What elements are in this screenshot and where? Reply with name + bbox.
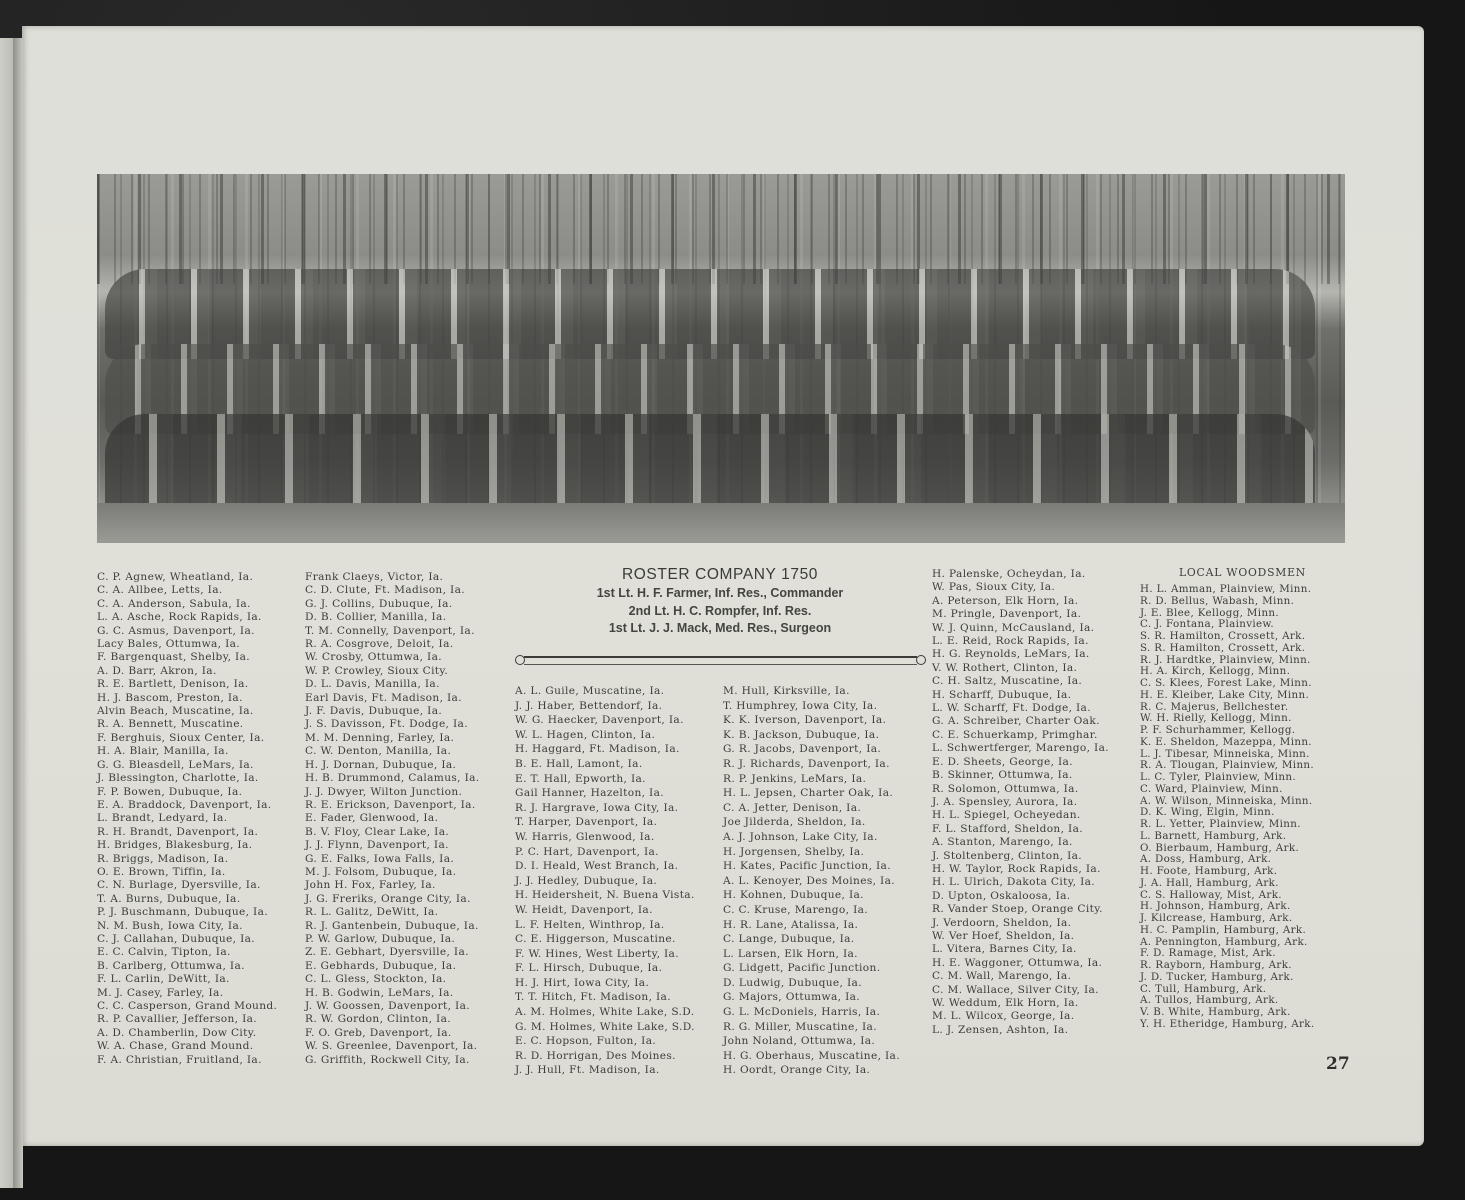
roster-entry: J. G. Freriks, Orange City, Ia.	[305, 893, 480, 906]
roster-entry: Z. E. Gebhart, Dyersville, Ia.	[305, 946, 480, 959]
roster-entry: T. A. Burns, Dubuque, Ia.	[97, 893, 277, 906]
roster-entry: K. K. Iverson, Davenport, Ia.	[723, 713, 900, 728]
roster-entry: H. E. Kleiber, Lake City, Minn.	[1140, 690, 1315, 702]
roster-entry: H. Palenske, Ocheydan, Ia.	[932, 568, 1109, 581]
roster-entry: T. Harper, Davenport, Ia.	[515, 815, 695, 830]
roster-entry: R. P. Cavallier, Jefferson, Ia.	[97, 1013, 277, 1026]
roster-entry: C. S. Klees, Forest Lake, Minn.	[1140, 678, 1315, 690]
pine-trees	[97, 174, 1345, 284]
roster-entry: W. Crosby, Ottumwa, Ia.	[305, 651, 480, 664]
roster-entry: D. B. Collier, Manilla, Ia.	[305, 611, 480, 624]
roster-entry: C. C. Kruse, Marengo, Ia.	[723, 903, 900, 918]
roster-entry: C. Lange, Dubuque, Ia.	[723, 932, 900, 947]
roster-entry: M. L. Wilcox, George, Ia.	[932, 1010, 1109, 1023]
roster-title: ROSTER COMPANY 1750	[515, 565, 925, 585]
roster-entry: E. Gebhards, Dubuque, Ia.	[305, 960, 480, 973]
roster-entry: T. Humphrey, Iowa City, Ia.	[723, 699, 900, 714]
roster-entry: C. E. Higgerson, Muscatine.	[515, 932, 695, 947]
roster-entry: G. R. Jacobs, Davenport, Ia.	[723, 742, 900, 757]
roster-entry: J. S. Davisson, Ft. Dodge, Ia.	[305, 718, 480, 731]
roster-entry: Earl Davis, Ft. Madison, Ia.	[305, 692, 480, 705]
roster-entry: G. L. McDoniels, Harris, Ia.	[723, 1005, 900, 1020]
roster-entry: Alvin Beach, Muscatine, Ia.	[97, 705, 277, 718]
roster-entry: F. Berghuis, Sioux Center, Ia.	[97, 732, 277, 745]
roster-entry: H. Bridges, Blakesburg, Ia.	[97, 839, 277, 852]
roster-entry: H. W. Taylor, Rock Rapids, Ia.	[932, 863, 1109, 876]
roster-entry: H. G. Oberhaus, Muscatine, Ia.	[723, 1049, 900, 1064]
roster-entry: W. Ver Hoef, Sheldon, Ia.	[932, 930, 1109, 943]
roster-entry: R. Vander Stoep, Orange City.	[932, 903, 1109, 916]
roster-entry: R. W. Gordon, Clinton, Ia.	[305, 1013, 480, 1026]
roster-entry: R. E. Bartlett, Denison, Ia.	[97, 678, 277, 691]
roster-entry: D. I. Heald, West Branch, Ia.	[515, 859, 695, 874]
roster-entry: John H. Fox, Farley, Ia.	[305, 879, 480, 892]
roster-entry: R. E. Erickson, Davenport, Ia.	[305, 799, 480, 812]
roster-entry: C. C. Casperson, Grand Mound.	[97, 1000, 277, 1013]
roster-entry: R. A. Bennett, Muscatine.	[97, 718, 277, 731]
roster-entry: G. J. Collins, Dubuque, Ia.	[305, 598, 480, 611]
roster-entry: R. D. Horrigan, Des Moines.	[515, 1049, 695, 1064]
roster-entry: K. E. Sheldon, Mazeppa, Minn.	[1140, 737, 1315, 749]
roster-entry: C. J. Callahan, Dubuque, Ia.	[97, 933, 277, 946]
roster-entry: B. Carlberg, Ottumwa, Ia.	[97, 960, 277, 973]
roster-entry: J. J. Hedley, Dubuque, Ia.	[515, 874, 695, 889]
roster-entry: E. D. Sheets, George, Ia.	[932, 756, 1109, 769]
roster-entry: J. Stoltenberg, Clinton, Ia.	[932, 850, 1109, 863]
local-woodsmen-list: H. L. Amman, Plainview, Minn.R. D. Bellu…	[1140, 584, 1315, 1031]
roster-entry: C. H. Saltz, Muscatine, Ia.	[932, 675, 1109, 688]
seated-row	[105, 414, 1315, 514]
roster-entry: J. Blessington, Charlotte, Ia.	[97, 772, 277, 785]
officer-commander: 1st Lt. H. F. Farmer, Inf. Res., Command…	[515, 585, 925, 603]
roster-entry: E. C. Calvin, Tipton, Ia.	[97, 946, 277, 959]
roster-entry: F. Bargenquast, Shelby, Ia.	[97, 651, 277, 664]
roster-entry: R. Rayborn, Hamburg, Ark.	[1140, 960, 1315, 972]
roster-entry: H. L. Jepsen, Charter Oak, Ia.	[723, 786, 900, 801]
roster-entry: H. Haggard, Ft. Madison, Ia.	[515, 742, 695, 757]
roster-entry: D. L. Davis, Manilla, Ia.	[305, 678, 480, 691]
roster-entry: H. B. Drummond, Calamus, Ia.	[305, 772, 480, 785]
roster-entry: B. E. Hall, Lamont, Ia.	[515, 757, 695, 772]
roster-entry: A. Stanton, Marengo, Ia.	[932, 836, 1109, 849]
roster-entry: M. J. Casey, Farley, Ia.	[97, 987, 277, 1000]
roster-entry: C. N. Burlage, Dyersville, Ia.	[97, 879, 277, 892]
roster-entry: F. O. Greb, Davenport, Ia.	[305, 1027, 480, 1040]
roster-entry: H. L. Amman, Plainview, Minn.	[1140, 584, 1315, 596]
roster-entry: L. C. Tyler, Plainview, Minn.	[1140, 772, 1315, 784]
roster-column-3: A. L. Guile, Muscatine, Ia.J. J. Haber, …	[515, 684, 695, 1078]
roster-entry: F. W. Hines, West Liberty, Ia.	[515, 947, 695, 962]
roster-entry: J. W. Goossen, Davenport, Ia.	[305, 1000, 480, 1013]
roster-entry: A. D. Chamberlin, Dow City.	[97, 1027, 277, 1040]
roster-entry: E. Fader, Glenwood, Ia.	[305, 812, 480, 825]
roster-column-1: C. P. Agnew, Wheatland, Ia.C. A. Allbee,…	[97, 571, 277, 1067]
roster-entry: E. T. Hall, Epworth, Ia.	[515, 772, 695, 787]
roster-entry: C. E. Schuerkamp, Primghar.	[932, 729, 1109, 742]
roster-entry: L. Brandt, Ledyard, Ia.	[97, 812, 277, 825]
roster-entry: J. J. Hull, Ft. Madison, Ia.	[515, 1063, 695, 1078]
roster-entry: C. Ward, Plainview, Minn.	[1140, 784, 1315, 796]
roster-entry: Joe Jilderda, Sheldon, Ia.	[723, 815, 900, 830]
roster-entry: A. Peterson, Elk Horn, Ia.	[932, 595, 1109, 608]
roster-entry: J. Verdoorn, Sheldon, Ia.	[932, 917, 1109, 930]
roster-entry: A. D. Barr, Akron, Ia.	[97, 665, 277, 678]
roster-entry: B. Skinner, Ottumwa, Ia.	[932, 769, 1109, 782]
roster-entry: H. A. Blair, Manilla, Ia.	[97, 745, 277, 758]
roster-entry: F. L. Hirsch, Dubuque, Ia.	[515, 961, 695, 976]
roster-entry: C. L. Gless, Stockton, Ia.	[305, 973, 480, 986]
roster-entry: V. B. White, Hamburg, Ark.	[1140, 1007, 1315, 1019]
roster-entry: S. R. Hamilton, Crossett, Ark.	[1140, 631, 1315, 643]
roster-entry: J. Kilcrease, Hamburg, Ark.	[1140, 913, 1315, 925]
roster-column-2: Frank Claeys, Victor, Ia.C. D. Clute, Ft…	[305, 571, 480, 1067]
roster-entry: L. Barnett, Hamburg, Ark.	[1140, 831, 1315, 843]
roster-entry: B. V. Floy, Clear Lake, Ia.	[305, 826, 480, 839]
roster-entry: R. Briggs, Madison, Ia.	[97, 853, 277, 866]
roster-entry: L. Schwertferger, Marengo, Ia.	[932, 742, 1109, 755]
roster-entry: L. W. Scharff, Ft. Dodge, Ia.	[932, 702, 1109, 715]
roster-entry: C. M. Wall, Marengo, Ia.	[932, 970, 1109, 983]
roster-entry: J. J. Flynn, Davenport, Ia.	[305, 839, 480, 852]
roster-entry: G. A. Schreiber, Charter Oak.	[932, 715, 1109, 728]
roster-entry: R. H. Brandt, Davenport, Ia.	[97, 826, 277, 839]
roster-entry: W. J. Quinn, McCausland, Ia.	[932, 622, 1109, 635]
roster-entry: H. Kohnen, Dubuque, Ia.	[723, 888, 900, 903]
roster-entry: C. A. Jetter, Denison, Ia.	[723, 801, 900, 816]
roster-entry: H. Jorgensen, Shelby, Ia.	[723, 845, 900, 860]
roster-entry: W. A. Chase, Grand Mound.	[97, 1040, 277, 1053]
roster-entry: H. L. Spiegel, Ocheyedan.	[932, 809, 1109, 822]
roster-entry: P. W. Garlow, Dubuque, Ia.	[305, 933, 480, 946]
roster-entry: D. Upton, Oskaloosa, Ia.	[932, 890, 1109, 903]
roster-entry: H. B. Godwin, LeMars, Ia.	[305, 987, 480, 1000]
grass-ground	[97, 503, 1345, 543]
roster-entry: G. C. Asmus, Davenport, Ia.	[97, 625, 277, 638]
roster-entry: N. M. Bush, Iowa City, Ia.	[97, 920, 277, 933]
roster-entry: M. M. Denning, Farley, Ia.	[305, 732, 480, 745]
roster-entry: L. F. Helten, Winthrop, Ia.	[515, 918, 695, 933]
roster-entry: H. J. Dornan, Dubuque, Ia.	[305, 759, 480, 772]
roster-entry: L. J. Zensen, Ashton, Ia.	[932, 1024, 1109, 1037]
officer-second-lt: 2nd Lt. H. C. Rompfer, Inf. Res.	[515, 603, 925, 621]
roster-entry: L. E. Reid, Rock Rapids, Ia.	[932, 635, 1109, 648]
roster-entry: J. J. Haber, Bettendorf, Ia.	[515, 699, 695, 714]
roster-entry: R. L. Yetter, Plainview, Minn.	[1140, 819, 1315, 831]
roster-entry: R. D. Bellus, Wabash, Minn.	[1140, 596, 1315, 608]
roster-entry: G. Griffith, Rockwell City, Ia.	[305, 1054, 480, 1067]
roster-entry: P. F. Schurhammer, Kellogg.	[1140, 725, 1315, 737]
roster-entry: L. Vitera, Barnes City, Ia.	[932, 943, 1109, 956]
roster-entry: H. Foote, Hamburg, Ark.	[1140, 866, 1315, 878]
roster-entry: J. J. Dwyer, Wilton Junction.	[305, 786, 480, 799]
roster-entry: A. M. Holmes, White Lake, S.D.	[515, 1005, 695, 1020]
roster-entry: H. Heidersheit, N. Buena Vista.	[515, 888, 695, 903]
roster-entry: C. A. Anderson, Sabula, Ia.	[97, 598, 277, 611]
roster-entry: M. J. Folsom, Dubuque, Ia.	[305, 866, 480, 879]
roster-entry: C. W. Denton, Manilla, Ia.	[305, 745, 480, 758]
roster-entry: C. M. Wallace, Silver City, Ia.	[932, 984, 1109, 997]
company-group-photo	[97, 174, 1345, 543]
roster-entry: E. A. Braddock, Davenport, Ia.	[97, 799, 277, 812]
roster-entry: H. Oordt, Orange City, Ia.	[723, 1063, 900, 1078]
roster-entry: W. G. Haecker, Davenport, Ia.	[515, 713, 695, 728]
roster-entry: H. C. Pamplin, Hamburg, Ark.	[1140, 925, 1315, 937]
roster-entry: F. L. Stafford, Sheldon, Ia.	[932, 823, 1109, 836]
previous-page-edge	[0, 38, 13, 1188]
roster-entry: C. P. Agnew, Wheatland, Ia.	[97, 571, 277, 584]
roster-entry: F. L. Carlin, DeWitt, Ia.	[97, 973, 277, 986]
roster-entry: Y. H. Etheridge, Hamburg, Ark.	[1140, 1019, 1315, 1031]
roster-entry: J. D. Tucker, Hamburg, Ark.	[1140, 972, 1315, 984]
roster-entry: Frank Claeys, Victor, Ia.	[305, 571, 480, 584]
roster-entry: W. L. Hagen, Clinton, Ia.	[515, 728, 695, 743]
roster-entry: R. A. Cosgrove, Deloit, Ia.	[305, 638, 480, 651]
roster-entry: G. E. Falks, Iowa Falls, Ia.	[305, 853, 480, 866]
roster-entry: V. W. Rothert, Clinton, Ia.	[932, 662, 1109, 675]
roster-entry: A. L. Guile, Muscatine, Ia.	[515, 684, 695, 699]
roster-entry: H. R. Lane, Atalissa, Ia.	[723, 918, 900, 933]
roster-entry: Gail Hanner, Hazelton, Ia.	[515, 786, 695, 801]
local-woodsmen-title: LOCAL WOODSMEN	[1130, 566, 1355, 579]
roster-entry: G. Majors, Ottumwa, Ia.	[723, 990, 900, 1005]
roster-column-5: H. Palenske, Ocheydan, Ia.W. Pas, Sioux …	[932, 568, 1109, 1037]
roster-entry: M. Pringle, Davenport, Ia.	[932, 608, 1109, 621]
roster-entry: G. Lidgett, Pacific Junction.	[723, 961, 900, 976]
roster-entry: R. J. Gantenbein, Dubuque, Ia.	[305, 920, 480, 933]
roster-header: ROSTER COMPANY 1750 1st Lt. H. F. Farmer…	[515, 565, 925, 638]
roster-entry: R. L. Galitz, DeWitt, Ia.	[305, 906, 480, 919]
roster-entry: K. B. Jackson, Dubuque, Ia.	[723, 728, 900, 743]
roster-entry: C. D. Clute, Ft. Madison, Ia.	[305, 584, 480, 597]
roster-entry: R. Solomon, Ottumwa, Ia.	[932, 783, 1109, 796]
roster-entry: R. G. Miller, Muscatine, Ia.	[723, 1020, 900, 1035]
officer-surgeon: 1st Lt. J. J. Mack, Med. Res., Surgeon	[515, 620, 925, 638]
roster-entry: G. M. Holmes, White Lake, S.D.	[515, 1020, 695, 1035]
roster-entry: T. M. Connelly, Davenport, Ia.	[305, 625, 480, 638]
roster-entry: C. A. Allbee, Letts, Ia.	[97, 584, 277, 597]
roster-entry: H. L. Ulrich, Dakota City, Ia.	[932, 876, 1109, 889]
roster-entry: J. F. Davis, Dubuque, Ia.	[305, 705, 480, 718]
gutter-shadow	[13, 38, 23, 1188]
roster-entry: S. R. Hamilton, Crossett, Ark.	[1140, 643, 1315, 655]
roster-entry: J. A. Spensley, Aurora, Ia.	[932, 796, 1109, 809]
roster-entry: P. J. Buschmann, Dubuque, Ia.	[97, 906, 277, 919]
roster-entry: W. S. Greenlee, Davenport, Ia.	[305, 1040, 480, 1053]
roster-entry: H. E. Waggoner, Ottumwa, Ia.	[932, 957, 1109, 970]
roster-entry: O. E. Brown, Tiffin, Ia.	[97, 866, 277, 879]
roster-entry: R. J. Hargrave, Iowa City, Ia.	[515, 801, 695, 816]
roster-entry: A. J. Johnson, Lake City, Ia.	[723, 830, 900, 845]
roster-entry: W. Pas, Sioux City, Ia.	[932, 581, 1109, 594]
page-number: 27	[1326, 1054, 1350, 1074]
roster-entry: W. Heidt, Davenport, Ia.	[515, 903, 695, 918]
roster-entry: H. Scharff, Dubuque, Ia.	[932, 689, 1109, 702]
roster-entry: D. Ludwig, Dubuque, Ia.	[723, 976, 900, 991]
roster-entry: M. Hull, Kirksville, Ia.	[723, 684, 900, 699]
roster-entry: Lacy Bales, Ottumwa, Ia.	[97, 638, 277, 651]
roster-entry: J. A. Hall, Hamburg, Ark.	[1140, 878, 1315, 890]
roster-entry: E. C. Hopson, Fulton, Ia.	[515, 1034, 695, 1049]
roster-entry: W. P. Crowley, Sioux City.	[305, 665, 480, 678]
roster-entry: R. P. Jenkins, LeMars, Ia.	[723, 772, 900, 787]
roster-entry: T. T. Hitch, Ft. Madison, Ia.	[515, 990, 695, 1005]
roster-entry: G. G. Bleasdell, LeMars, Ia.	[97, 759, 277, 772]
roster-entry: H. G. Reynolds, LeMars, Ia.	[932, 648, 1109, 661]
roster-entry: H. J. Hirt, Iowa City, Ia.	[515, 976, 695, 991]
roster-entry: P. C. Hart, Davenport, Ia.	[515, 845, 695, 860]
roster-entry: L. Larsen, Elk Horn, Ia.	[723, 947, 900, 962]
roster-entry: H. J. Bascom, Preston, Ia.	[97, 692, 277, 705]
roster-entry: W. Harris, Glenwood, Ia.	[515, 830, 695, 845]
roster-entry: W. Weddum, Elk Horn, Ia.	[932, 997, 1109, 1010]
ornamental-rule	[524, 656, 917, 665]
roster-entry: L. A. Asche, Rock Rapids, Ia.	[97, 611, 277, 624]
roster-entry: H. Kates, Pacific Junction, Ia.	[723, 859, 900, 874]
roster-column-4: M. Hull, Kirksville, Ia.T. Humphrey, Iow…	[723, 684, 900, 1078]
roster-entry: F. P. Bowen, Dubuque, Ia.	[97, 786, 277, 799]
roster-entry: John Noland, Ottumwa, Ia.	[723, 1034, 900, 1049]
roster-entry: R. J. Richards, Davenport, Ia.	[723, 757, 900, 772]
roster-entry: A. L. Kenoyer, Des Moines, Ia.	[723, 874, 900, 889]
roster-entry: F. A. Christian, Fruitland, Ia.	[97, 1054, 277, 1067]
